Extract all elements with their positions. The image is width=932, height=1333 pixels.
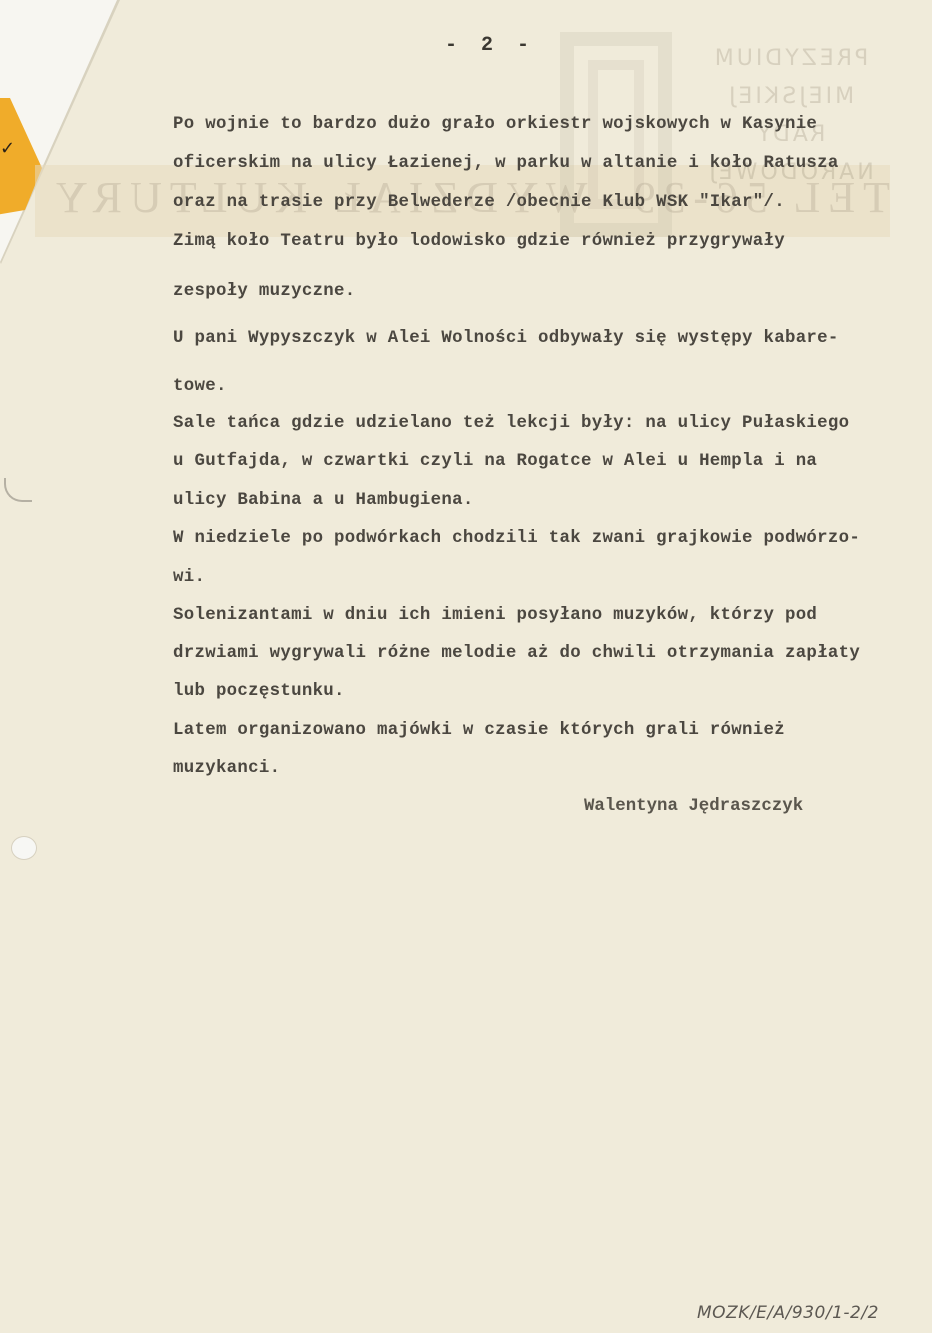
text-line: Solenizantami w dniu ich imieni posyłano… — [173, 606, 817, 625]
text-line: ulicy Babina a u Hambugiena. — [173, 491, 474, 510]
text-line: Zimą koło Teatru było lodowisko gdzie ró… — [173, 232, 785, 251]
typed-body-text: Po wojnie to bardzo dużo grało orkiestr … — [173, 115, 932, 476]
text-line: u Gutfajda, w czwartki czyli na Rogatce … — [173, 452, 817, 471]
punch-mark-icon — [4, 478, 32, 502]
text-line: Latem organizowano majówki w czasie któr… — [173, 721, 785, 740]
label-mark-icon: ✓ — [0, 138, 15, 159]
text-line: Sale tańca gdzie udzielano też lekcji by… — [173, 414, 849, 433]
text-line: oraz na trasie przy Belwederze /obecnie … — [173, 193, 785, 212]
text-line: W niedziele po podwórkach chodzili tak z… — [173, 529, 860, 548]
text-line: oficerskim na ulicy Łazienej, w parku w … — [173, 154, 839, 173]
text-line: wi. — [173, 568, 205, 587]
text-line: muzykanci. — [173, 759, 280, 778]
text-line: Po wojnie to bardzo dużo grało orkiestr … — [173, 115, 817, 134]
text-line: drzwiami wygrywali różne melodie aż do c… — [173, 644, 860, 663]
text-line: lub poczęstunku. — [173, 682, 345, 701]
text-line: towe. — [173, 377, 227, 396]
page-number: - 2 - — [440, 34, 540, 57]
text-line: zespoły muzyczne. — [173, 282, 356, 301]
punch-hole-icon — [11, 836, 37, 860]
text-line: U pani Wypyszczyk w Alei Wolności odbywa… — [173, 329, 839, 348]
document-page: ✓ TEL 56-39 WYDZIAŁ KULTURY PREZYDIUM MI… — [0, 0, 932, 1333]
signature: Walentyna Jędraszczyk — [584, 797, 803, 816]
archive-reference: MOZK/E/A/930/1-2/2 — [697, 1303, 879, 1323]
